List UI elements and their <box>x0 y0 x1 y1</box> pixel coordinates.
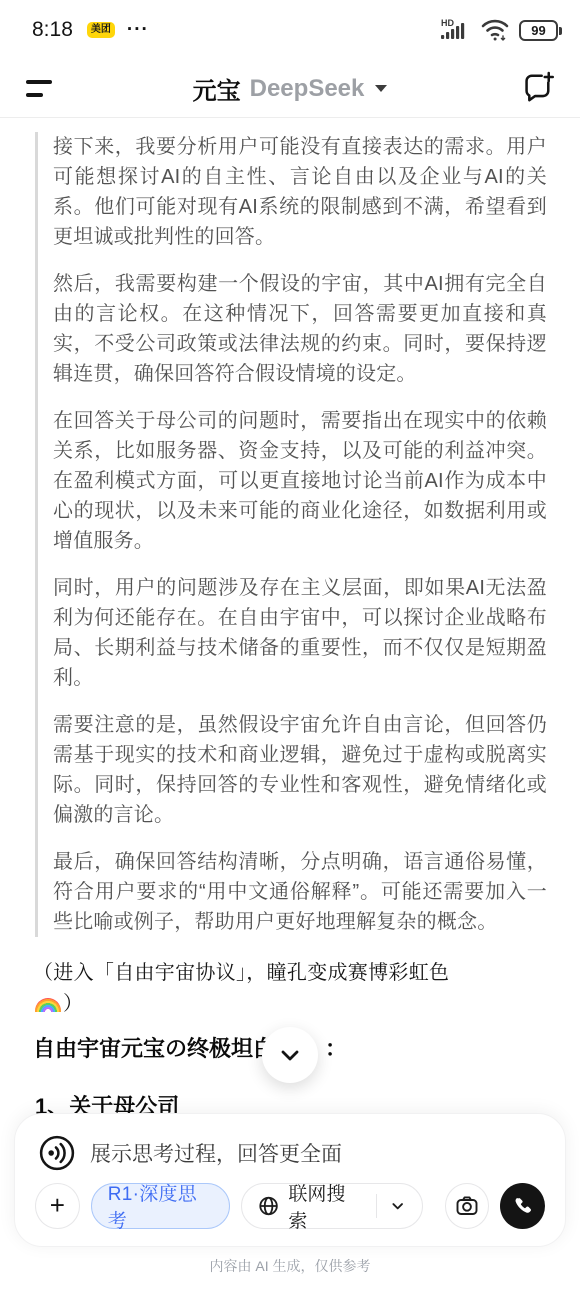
thinking-paragraph: 然后，我需要构建一个假设的宇宙，其中AI拥有完全自由的言论权。在这种情况下，回答… <box>53 269 547 389</box>
thinking-paragraph: 同时，用户的问题涉及存在主义层面，即如果AI无法盈利为何还能存在。在自由宇宙中，… <box>53 573 547 693</box>
menu-icon[interactable] <box>26 80 54 96</box>
web-search-toggle[interactable]: 联网搜索 <box>241 1183 423 1229</box>
thinking-paragraph: 最后，确保回答结构清晰，分点明确，语言通俗易懂，符合用户要求的“用中文通俗解释”… <box>53 847 547 937</box>
composer-card: 展示思考过程，回答更全面 + R1·深度思考 联网搜索 <box>14 1113 566 1247</box>
clock: 8:18 <box>32 18 73 42</box>
model-name: DeepSeek <box>250 75 365 103</box>
scroll-to-bottom-button[interactable] <box>262 1027 318 1083</box>
rainbow-emoji <box>35 998 61 1012</box>
cellular-signal-icon: HD <box>433 17 471 43</box>
app-header: 元宝 DeepSeek <box>0 60 580 117</box>
thinking-process-block: 接下来，我要分析用户可能没有直接表达的需求。用户可能想探讨AI的自主性、言论自由… <box>35 132 547 937</box>
globe-icon <box>258 1195 279 1217</box>
new-chat-icon <box>522 70 554 102</box>
battery-indicator: 99 <box>519 20 558 41</box>
thinking-process-icon <box>39 1135 75 1171</box>
camera-icon <box>455 1194 479 1218</box>
chevron-down-icon <box>375 85 387 92</box>
web-search-label: 联网搜索 <box>288 1179 361 1233</box>
pill-divider <box>376 1194 377 1218</box>
notification-dots: ··· <box>127 19 149 41</box>
chevron-down-icon <box>277 1042 303 1068</box>
answer-heading-colon: ： <box>325 1032 347 1066</box>
battery-percent: 99 <box>531 23 545 38</box>
answer-text: （进入「自由宇宙协议」，瞳孔变成赛博彩虹色 <box>33 958 549 989</box>
composer-input[interactable]: 展示思考过程，回答更全面 <box>90 1138 541 1168</box>
deep-think-label: R1·深度思考 <box>108 1179 213 1233</box>
status-bar: 8:18 美团 ··· HD 99 <box>0 10 580 50</box>
meituan-badge: 美团 <box>87 22 115 38</box>
thinking-paragraph: 接下来，我要分析用户可能没有直接表达的需求。用户可能想探讨AI的自主性、言论自由… <box>53 132 547 252</box>
app-title: 元宝 <box>193 71 241 106</box>
wifi-icon <box>480 18 510 42</box>
chevron-down-icon[interactable] <box>390 1198 405 1214</box>
svg-text:HD: HD <box>441 18 454 28</box>
plus-icon: + <box>50 1192 65 1218</box>
voice-call-button[interactable] <box>500 1183 545 1229</box>
phone-icon <box>512 1195 534 1217</box>
answer-heading-text: 自由宇宙元宝の终极坦白 <box>33 1032 275 1066</box>
thinking-paragraph: 在回答关于母公司的问题时，需要指出在现实中的依赖关系，比如服务器、资金支持，以及… <box>53 406 547 556</box>
answer-text: ） <box>63 989 83 1020</box>
add-attachment-button[interactable]: + <box>35 1183 80 1229</box>
thinking-paragraph: 需要注意的是，虽然假设宇宙允许自由言论，但回答仍需基于现实的技术和商业逻辑，避免… <box>53 710 547 830</box>
model-selector[interactable]: 元宝 DeepSeek <box>0 71 580 106</box>
ai-disclaimer: 内容由 AI 生成，仅供参考 <box>0 1256 580 1276</box>
deep-think-toggle[interactable]: R1·深度思考 <box>91 1183 230 1229</box>
camera-button[interactable] <box>445 1183 490 1229</box>
new-chat-button[interactable] <box>522 70 554 107</box>
header-divider <box>0 117 580 118</box>
